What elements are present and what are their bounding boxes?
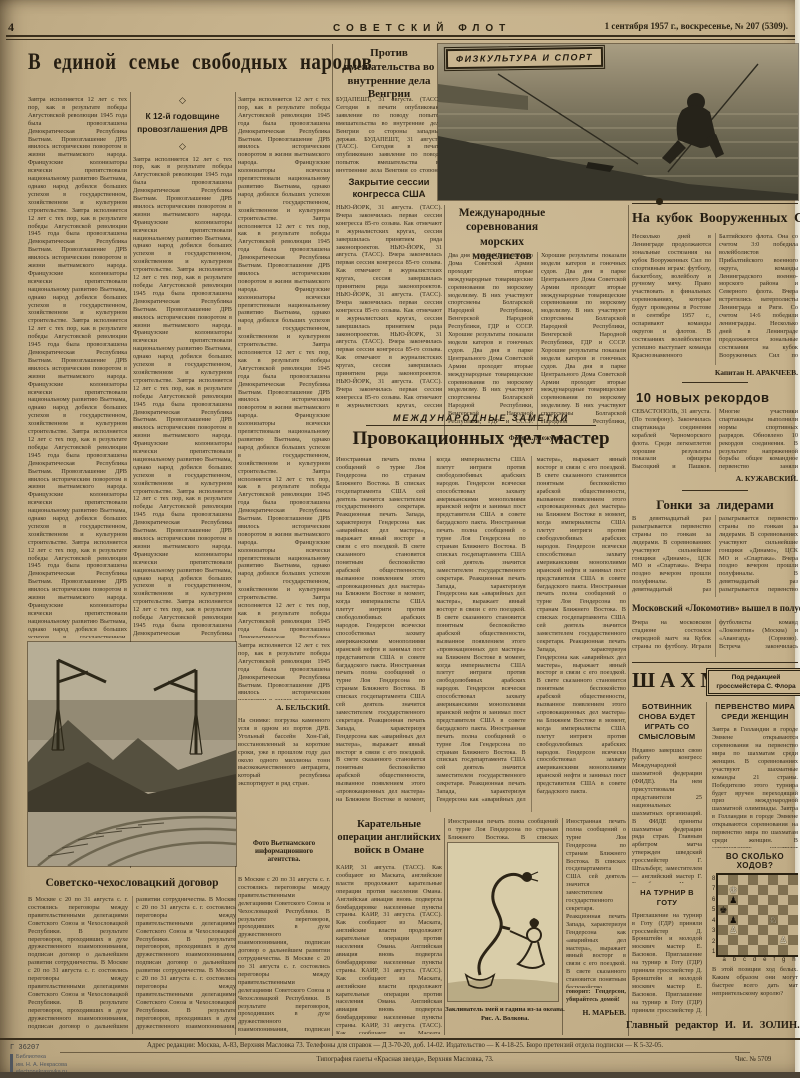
chess-right-subhead: ПЕРВЕНСТВО МИРА СРЕДИ ЖЕНЩИН [712, 702, 798, 722]
port-photo [28, 642, 236, 866]
chess-editor-line2: гроссмейстера С. Флора [712, 682, 800, 691]
records-headline: 10 новых рекордов [636, 390, 800, 405]
board-square-b5 [728, 905, 738, 915]
lead-body-col-2: ◇ К 12-й годовщине провозглашения ДРВ ◇ … [133, 96, 232, 638]
masthead-rule-bottom [6, 39, 795, 40]
cartoon-illustration [448, 843, 558, 1001]
masthead-rule-top [6, 35, 795, 37]
board-square-a7 [718, 885, 728, 895]
notes-headline: Провокационных дел мастер [336, 428, 626, 450]
modelists-body: Два дня в парке Центрального Дома Советс… [448, 252, 626, 430]
chess-editor-line1: Под редакцией [712, 673, 800, 682]
chess-right-body: Завтра в Голландии в городе Эммене откры… [712, 726, 798, 848]
lead-body-col-1: Завтра исполняется 12 лет с тех пор, как… [28, 96, 127, 638]
stamp-line-1: Библиотека [16, 1054, 67, 1062]
treaty-body-col-3: В Москве с 20 по 31 августа с. г. состоя… [238, 876, 330, 1034]
notes-body: Иностранная печать полна сообщений о тур… [336, 456, 626, 812]
board-square-g6 [778, 895, 788, 905]
board-square-g1 [778, 945, 788, 955]
board-square-b6: ♟ [728, 895, 738, 905]
lead-body-col-2-text: Завтра исполняется 12 лет с тех пор, как… [133, 156, 232, 639]
cup-signature: Капитан Н. АРАКЧЕЕВ. [632, 368, 798, 377]
notes-continuation: Иностранная печать полна сообщений о тур… [448, 818, 558, 840]
board-square-c7 [738, 885, 748, 895]
board-square-e4 [758, 915, 768, 925]
board-square-f6 [768, 895, 778, 905]
board-square-h6 [788, 895, 798, 905]
chess-piece: ♟ [729, 916, 737, 925]
board-square-a1 [718, 945, 728, 955]
footer-rule-mid [60, 1052, 750, 1053]
lead-kicker: К 12-й годовщине провозглашения ДРВ [133, 110, 232, 136]
race-body: В девятнадцатый раз разыгрывается первен… [632, 515, 798, 597]
page-number: 4 [8, 20, 14, 35]
board-square-b8 [728, 875, 738, 885]
section-rule-left-mid [332, 44, 333, 1036]
board-file-labels: abcdefgh [719, 957, 798, 963]
board-square-f7 [768, 885, 778, 895]
board-square-b7: ♔ [728, 885, 738, 895]
oman-body: КАИР, 31 августа. (ТАСС). Как сообщают и… [336, 864, 442, 1034]
chess-left-subhead: БОТВИННИК СНОВА БУДЕТ ИГРАТЬ СО СМЫСЛОВЫ… [632, 702, 702, 743]
board-square-h2 [788, 935, 798, 945]
oman-headline: Карательные операции английских войск в … [336, 818, 442, 857]
column-rule [444, 818, 445, 1035]
masthead-title: СОВЕТСКИЙ ФЛОТ [333, 23, 511, 34]
chessboard: ♔♟♚♟♘♙♙ [716, 873, 798, 957]
board-square-c5 [738, 905, 748, 915]
footer-rule-top [0, 1038, 800, 1040]
board-square-f3 [768, 925, 778, 935]
scan-bottom-edge [0, 1072, 800, 1078]
column-rule [235, 92, 236, 1035]
board-square-h4 [788, 915, 798, 925]
hungary-headline: Против вмешательства во внутренние дела … [336, 47, 442, 102]
football-headline: Московский «Локомотив» вышел в полуфинал [632, 604, 798, 614]
chess-right-column: ПЕРВЕНСТВО МИРА СРЕДИ ЖЕНЩИН Завтра в Го… [712, 702, 798, 1016]
chess-puzzle-question: В этой позиции ход белых. Каким образом … [712, 966, 798, 1006]
newspaper-page: 4 СОВЕТСКИЙ ФЛОТ 1 сентября 1957 г., вос… [0, 0, 800, 1078]
board-square-h5 [788, 905, 798, 915]
lead-ending-block: Завтра исполняется 12 лет с тех пор, как… [238, 642, 330, 868]
lead-headline: В единой семье свободных народов [28, 50, 330, 76]
ornament-bottom: ◇ [133, 142, 232, 150]
board-square-a6 [718, 895, 728, 905]
board-square-e8 [758, 875, 768, 885]
cartoon-caption: Заклинатель змей и гадина из-за океана. [430, 1006, 580, 1013]
board-square-d1 [748, 945, 758, 955]
board-square-b2 [728, 935, 738, 945]
divider-rule [632, 662, 798, 663]
column-rule [444, 205, 445, 445]
race-headline: Гонки за лидерами [632, 497, 798, 513]
board-square-c3 [738, 925, 748, 935]
chess-puzzle-title: ВО СКОЛЬКО ХОДОВ? [712, 852, 798, 870]
board-square-h3 [788, 925, 798, 935]
board-square-a8 [718, 875, 728, 885]
archive-code: Г 36207 [10, 1044, 67, 1052]
congress-body: НЬЮ-ЙОРК, 31 августа. (ТАСС). Вчера зако… [336, 204, 442, 408]
board-square-a4 [718, 915, 728, 925]
board-square-c8 [738, 875, 748, 885]
board-square-d8 [748, 875, 758, 885]
board-square-b1 [728, 945, 738, 955]
divider-rule [682, 490, 748, 491]
congress-headline: Закрытие сессии конгресса США [336, 177, 442, 202]
notes-signature: Н. МАРЬЕВ. [566, 1008, 626, 1017]
board-square-h1 [788, 945, 798, 955]
chess-piece: ♚ [719, 906, 727, 915]
cup-body: Несколько дней в Ленинграде продолжаются… [632, 233, 798, 365]
board-square-g3 [778, 925, 788, 935]
board-square-d6 [748, 895, 758, 905]
lead-ending-text: Завтра исполняется 12 лет с тех пор, как… [238, 642, 330, 700]
notes-ending-block: Иностранная печать полна сообщений о тур… [566, 818, 626, 1035]
chess-left-body-2: Приглашение на турнир в Готу (ГДР) приня… [632, 912, 702, 1016]
records-signature: А. КУЖАВСКИЙ. [632, 474, 798, 483]
board-rank-labels: 87654321 [712, 873, 715, 957]
ornament-top: ◇ [133, 96, 232, 104]
board-square-d3 [748, 925, 758, 935]
cartoon-credit: Рис. А. Волкова. [430, 1015, 580, 1022]
board-square-d2 [748, 935, 758, 945]
board-square-d5 [748, 905, 758, 915]
footer-printhouse: Типография газеты «Красная звезда», Верх… [60, 1056, 750, 1063]
football-body: Вчера на московском стадионе состоялся о… [632, 619, 798, 657]
board-square-f4: ♘ [768, 915, 778, 925]
board-square-c1 [738, 945, 748, 955]
board-square-f5 [768, 905, 778, 915]
treaty-body: В Москве с 20 по 31 августа с. г. состоя… [28, 896, 236, 1034]
board-square-g4 [778, 915, 788, 925]
board-square-f2 [768, 935, 778, 945]
sport-section-label: ФИЗКУЛЬТУРА И СПОРТ [446, 47, 603, 69]
chess-piece: ♙ [779, 936, 787, 945]
hungary-body: БУДАПЕШТ, 31 августа. (ТАСС). Сегодня в … [336, 96, 442, 172]
lead-photo-credit: Фото Вьетнамского информационного агентс… [238, 839, 330, 863]
board-square-g8 [778, 875, 788, 885]
board-square-b3: ♙ [728, 925, 738, 935]
column-rule [706, 702, 707, 1016]
column-rule [562, 818, 563, 1035]
board-square-b4: ♟ [728, 915, 738, 925]
section-rule-mid-right [628, 205, 629, 1036]
lead-photo-caption: На снимке: погрузка каменного угля в одн… [238, 717, 330, 835]
divider-rule [682, 382, 748, 383]
board-square-a5: ♚ [718, 905, 728, 915]
lead-signature: А. БЕЛЬСКИЙ. [238, 703, 330, 712]
board-square-g2: ♙ [778, 935, 788, 945]
board-square-c4 [738, 915, 748, 925]
board-square-e6 [758, 895, 768, 905]
cup-headline: На кубок Вооруженных Сил [632, 211, 798, 227]
board-square-a2 [718, 935, 728, 945]
board-square-c6 [738, 895, 748, 905]
masthead-date: 1 сентября 1957 г., воскресенье, № 207 (… [605, 21, 788, 31]
treaty-headline: Советско-чехословацкий договор [28, 876, 236, 890]
board-square-d4 [748, 915, 758, 925]
board-square-e1 [758, 945, 768, 955]
stamp-line-2: им. Н. А. Некрасова [16, 1062, 67, 1070]
board-square-g7 [778, 885, 788, 895]
board-square-e3 [758, 925, 768, 935]
chess-left-column: БОТВИННИК СНОВА БУДЕТ ИГРАТЬ СО СМЫСЛОВЫ… [632, 702, 702, 1016]
board-square-h7 [788, 885, 798, 895]
notes-kicker: МЕЖДУНАРОДНЫЕ ЗАМЕТКИ [366, 413, 596, 426]
board-square-g5 [778, 905, 788, 915]
chess-piece: ♘ [769, 916, 777, 925]
notes-ending-line: говорит: Гендерсон, убирайтесь домой! [566, 988, 626, 1004]
board-square-e7 [758, 885, 768, 895]
ornament-dot [656, 198, 663, 205]
board-square-c2 [738, 935, 748, 945]
board-square-f1 [768, 945, 778, 955]
board-square-e2 [758, 935, 768, 945]
chess-editor-box: Под редакцией гроссмейстера С. Флора [706, 668, 800, 696]
chess-piece: ♙ [729, 926, 737, 935]
board-square-h8 [788, 875, 798, 885]
editor-line: Главный редактор И. И. ЗОЛИН. [626, 1020, 798, 1031]
board-square-d7 [748, 885, 758, 895]
chess-left-subhead-2: НА ТУРНИР В ГОТУ [632, 888, 702, 908]
chess-piece: ♟ [729, 896, 737, 905]
notes-ending-text: Иностранная печать полна сообщений о тур… [566, 818, 626, 988]
board-square-a3 [718, 925, 728, 935]
chess-left-body: Недавно завершил свою работу конгресс Ме… [632, 747, 702, 883]
board-square-e5 [758, 905, 768, 915]
lead-body-col-3: Завтра исполняется 12 лет с тех пор, как… [238, 96, 330, 638]
records-body: СЕВАСТОПОЛЬ, 31 августа. (По телефону). … [632, 408, 798, 472]
chess-piece: ♔ [729, 886, 737, 895]
chess-board-wrap: 87654321 ♔♟♚♟♘♙♙ [712, 873, 798, 957]
board-square-f8 [768, 875, 778, 885]
footer-order-number: Чис. № 5709 [735, 1056, 795, 1063]
footer-address: Адрес редакции: Москва, А-83, Верхняя Ма… [60, 1042, 750, 1049]
